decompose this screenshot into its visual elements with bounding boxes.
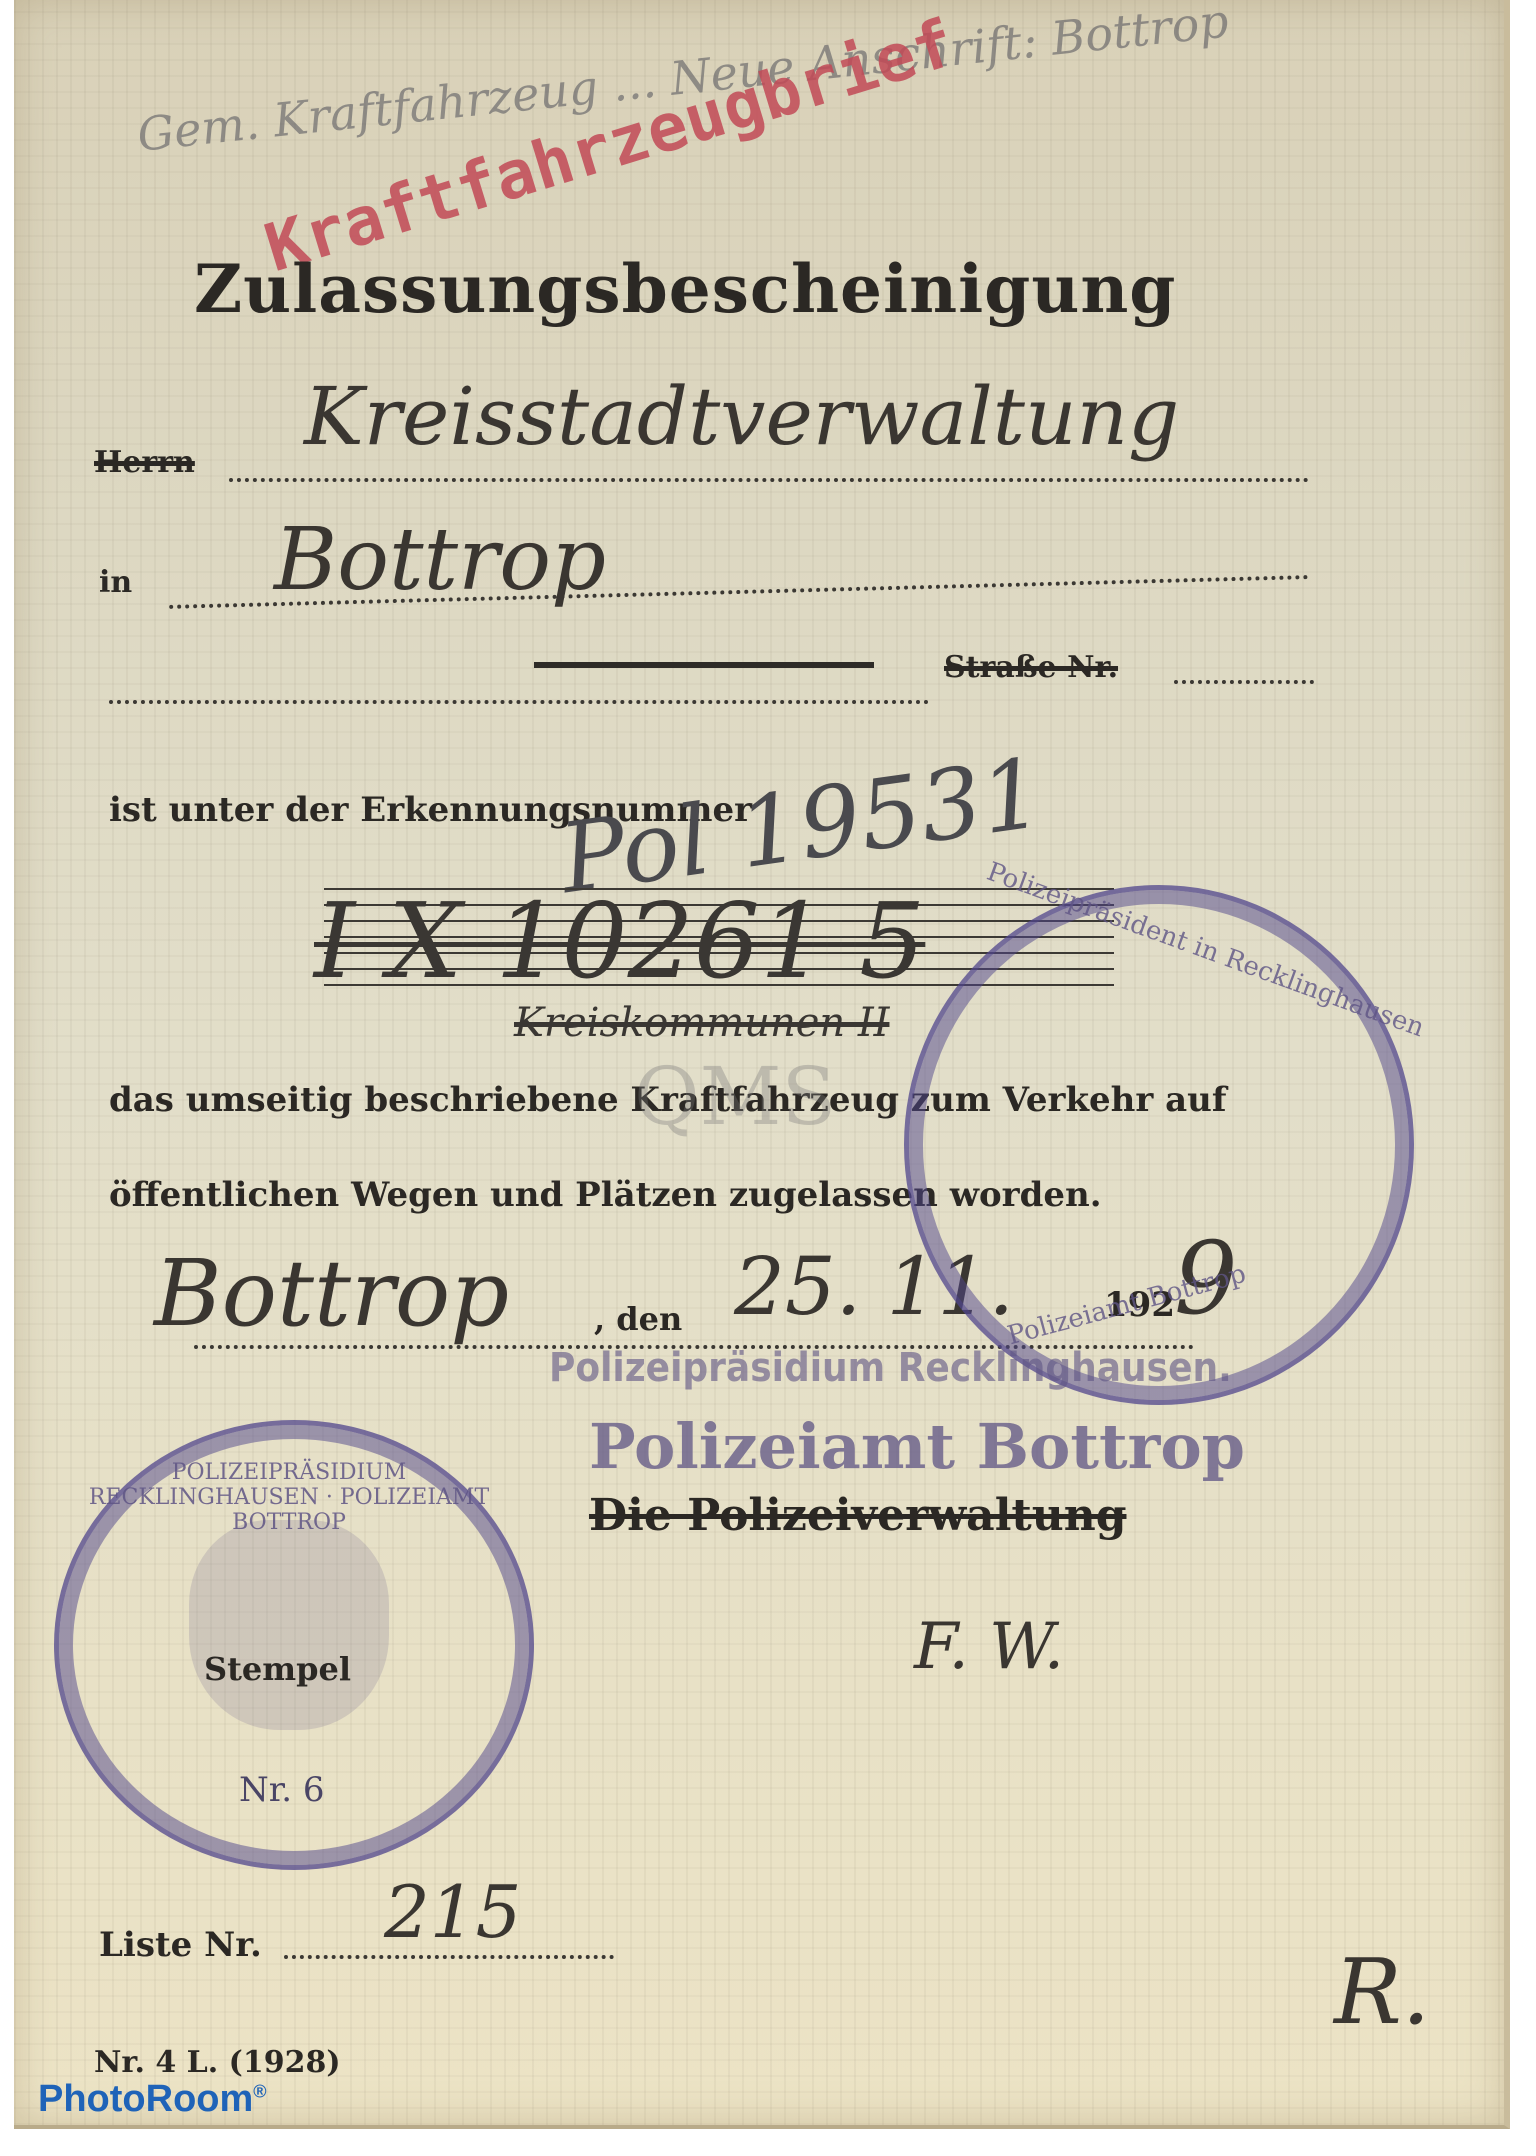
document-title: Zulassungsbescheinigung [194, 250, 1176, 328]
photoroom-watermark: PhotoRoom® [38, 2078, 267, 2121]
herrn-value: Kreisstadtverwaltung [304, 370, 1179, 463]
liste-value: 215 [384, 1870, 521, 1954]
photoroom-brand: PhotoRoom [38, 2078, 253, 2120]
signature-initials: F. W. [914, 1610, 1064, 1684]
center-watermark: QMS [634, 1050, 836, 1143]
strasse-label: Straße Nr. [944, 650, 1118, 685]
herrn-label: Herrn [94, 445, 195, 480]
liste-dotted-line [284, 1955, 614, 1959]
liste-label: Liste Nr. [99, 1925, 262, 1965]
authority-line-2: Polizeiamt Bottrop [589, 1410, 1245, 1483]
herrn-dotted-line [229, 478, 1309, 482]
registration-certificate: Gem. Kraftfahrzeug ... Neue Anschrift: B… [14, 0, 1510, 2129]
registered-mark-icon: ® [253, 2081, 266, 2101]
seal-right [904, 885, 1414, 1405]
street-dotted-line [109, 700, 929, 704]
form-number: Nr. 4 L. (1928) [94, 2045, 341, 2080]
in-label: in [99, 565, 132, 600]
authority-line-3-struck: Die Polizeiverwaltung [589, 1490, 1126, 1541]
seal-left-number: Nr. 6 [239, 1770, 325, 1810]
old-number-struck: I X 10261 5 [314, 880, 925, 1002]
corner-initial: R. [1334, 1940, 1430, 2045]
authority-line-1: Polizeipräsidium Recklinghausen. [549, 1345, 1232, 1391]
strasse-dash [534, 662, 874, 668]
eagle-emblem-icon [189, 1520, 389, 1730]
old-number-sub-struck: Kreiskommunen II [514, 1000, 889, 1046]
date-place: Bottrop [154, 1240, 509, 1347]
date-den-label: , den [594, 1300, 682, 1338]
in-value: Bottrop [274, 510, 606, 610]
strasse-dotted-line [1174, 680, 1314, 684]
seal-left-center: Stempel [204, 1650, 351, 1688]
